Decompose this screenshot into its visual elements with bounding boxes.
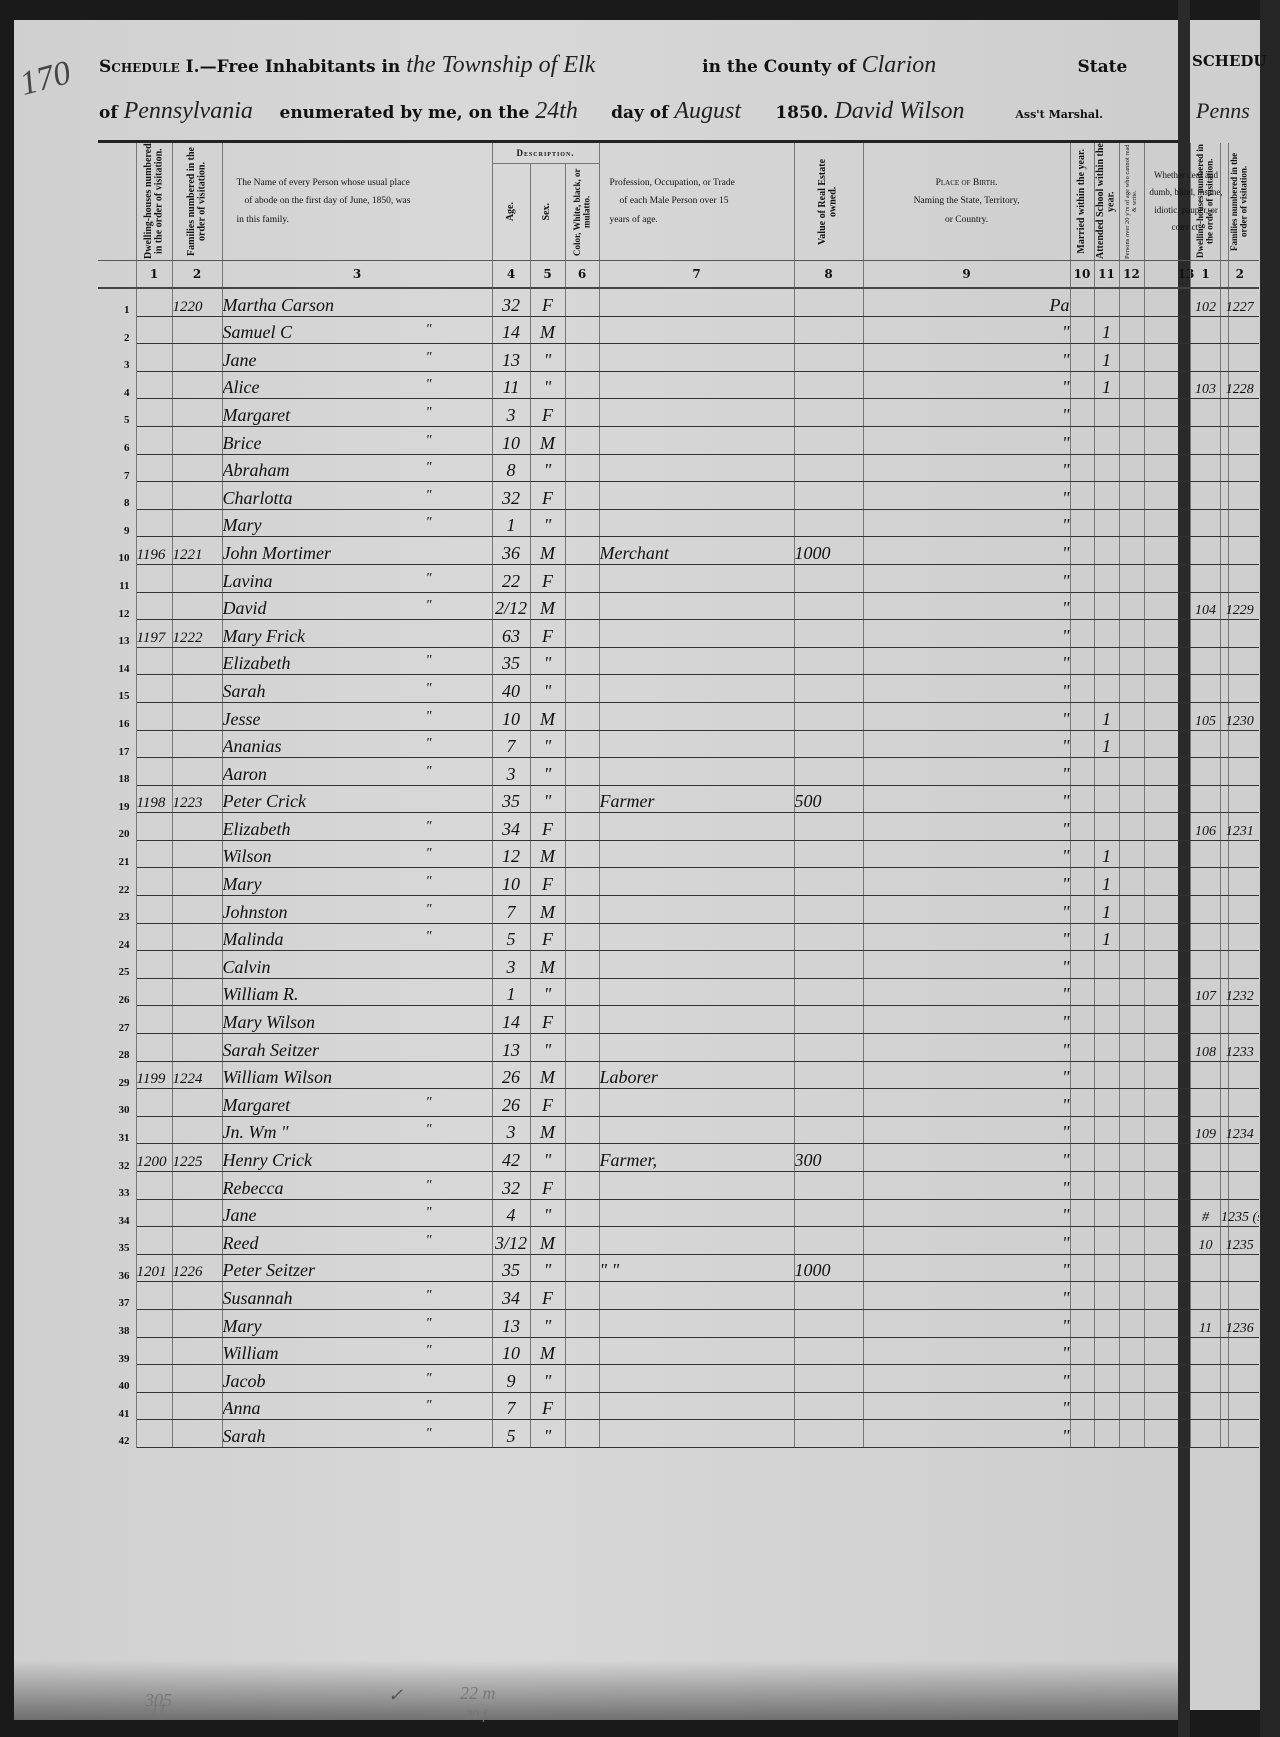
age-cell: 7 xyxy=(492,896,530,924)
married-within-year-cell xyxy=(1070,426,1094,454)
adjacent-dwelling-cell xyxy=(1191,1392,1221,1420)
occupation-cell xyxy=(599,647,794,675)
sex-cell: " xyxy=(530,1254,565,1282)
sex-cell: F xyxy=(530,482,565,510)
adjacent-dwelling-cell xyxy=(1191,896,1221,924)
real-estate-value-cell: 500 xyxy=(794,785,863,813)
family-number-cell xyxy=(172,1089,222,1117)
family-number-cell xyxy=(172,426,222,454)
header-line-2: of Pennsylvania enumerated by me, on the… xyxy=(99,98,1103,125)
adjacent-family-cell xyxy=(1221,482,1259,510)
cannot-read-write-cell xyxy=(1119,896,1144,924)
color-cell xyxy=(565,813,599,841)
person-name-cell: Margaret" xyxy=(222,399,492,427)
dwelling-number-cell xyxy=(136,509,172,537)
attended-school-cell: 1 xyxy=(1094,896,1119,924)
occupation-cell xyxy=(599,620,794,648)
person-name: Mary xyxy=(223,874,262,894)
sex-cell: F xyxy=(530,564,565,592)
adjacent-row xyxy=(1191,1061,1259,1089)
adjacent-row xyxy=(1191,454,1259,482)
family-number-cell xyxy=(172,1392,222,1420)
surname-ditto-mark: " xyxy=(426,681,432,697)
person-name-cell: Elizabeth" xyxy=(222,647,492,675)
adjacent-dwelling-cell: 106 xyxy=(1191,813,1221,841)
surname-ditto-mark: " xyxy=(426,846,432,862)
real-estate-value-cell xyxy=(794,647,863,675)
occupation-cell xyxy=(599,1282,794,1310)
color-cell xyxy=(565,426,599,454)
person-name: Elizabeth xyxy=(223,653,291,673)
attended-school-cell xyxy=(1094,1144,1119,1172)
color-cell xyxy=(565,1392,599,1420)
attended-school-cell: 1 xyxy=(1094,371,1119,399)
birthplace-cell: " xyxy=(863,785,1070,813)
surname-ditto-mark: " xyxy=(426,874,432,890)
married-within-year-cell xyxy=(1070,1227,1094,1255)
real-estate-value-cell xyxy=(794,730,863,758)
adjacent-family-cell: 1236 xyxy=(1221,1309,1259,1337)
adjacent-row xyxy=(1191,1365,1259,1393)
person-name-cell: Susannah" xyxy=(222,1282,492,1310)
person-name-cell: Mary" xyxy=(222,509,492,537)
age-cell: 14 xyxy=(492,1006,530,1034)
cannot-read-write-cell xyxy=(1119,426,1144,454)
family-number-cell xyxy=(172,592,222,620)
real-estate-value-cell xyxy=(794,344,863,372)
age-cell: 63 xyxy=(492,620,530,648)
occupation-cell: Merchant xyxy=(599,537,794,565)
married-within-year-cell xyxy=(1070,371,1094,399)
sex-cell: " xyxy=(530,344,565,372)
married-within-year-cell xyxy=(1070,1392,1094,1420)
adjacent-dwelling-cell xyxy=(1191,537,1221,565)
dwelling-number-cell xyxy=(136,344,172,372)
dwelling-number-cell xyxy=(136,1309,172,1337)
person-name-cell: Elizabeth" xyxy=(222,813,492,841)
married-within-year-cell xyxy=(1070,537,1094,565)
adjacent-row xyxy=(1191,1144,1259,1172)
col-num-4: 4 xyxy=(492,261,530,289)
married-within-year-cell xyxy=(1070,1034,1094,1062)
birthplace-cell: " xyxy=(863,537,1070,565)
age-cell: 22 xyxy=(492,564,530,592)
surname-ditto-mark: " xyxy=(426,902,432,918)
adjacent-dwelling-cell xyxy=(1191,758,1221,786)
attended-school-cell xyxy=(1094,1034,1119,1062)
surname-ditto-mark: " xyxy=(426,405,432,421)
census-row: 1911981223Peter Crick35"Farmer500" xyxy=(98,785,1228,813)
adjacent-row xyxy=(1191,1392,1259,1420)
adjacent-row xyxy=(1191,675,1259,703)
family-number-cell xyxy=(172,344,222,372)
dwelling-number-cell xyxy=(136,978,172,1006)
married-within-year-cell xyxy=(1070,1172,1094,1200)
married-within-year-cell xyxy=(1070,647,1094,675)
real-estate-value-cell xyxy=(794,1172,863,1200)
attended-school-cell xyxy=(1094,1199,1119,1227)
family-number-cell xyxy=(172,1116,222,1144)
sex-cell: F xyxy=(530,288,565,316)
real-estate-value-cell xyxy=(794,509,863,537)
attended-school-cell: 1 xyxy=(1094,344,1119,372)
adjacent-dwelling-cell: 108 xyxy=(1191,1034,1221,1062)
color-cell xyxy=(565,1061,599,1089)
family-number-cell xyxy=(172,951,222,979)
age-cell: 10 xyxy=(492,426,530,454)
family-number-cell: 1224 xyxy=(172,1061,222,1089)
person-name-cell: Martha Carson xyxy=(222,288,492,316)
adjacent-row xyxy=(1191,758,1259,786)
family-number-cell xyxy=(172,896,222,924)
person-name-cell: Jane" xyxy=(222,1199,492,1227)
person-name: Mary xyxy=(223,1316,262,1336)
occupation-cell xyxy=(599,1199,794,1227)
age-cell: 1 xyxy=(492,509,530,537)
adjacent-family-cell: 1227 xyxy=(1221,288,1259,316)
col-num-10: 10 xyxy=(1070,261,1094,289)
family-number-cell xyxy=(172,564,222,592)
dwelling-number-cell: 1198 xyxy=(136,785,172,813)
cannot-read-write-cell xyxy=(1119,592,1144,620)
color-cell xyxy=(565,564,599,592)
sex-cell: F xyxy=(530,1172,565,1200)
adjacent-row xyxy=(1191,730,1259,758)
page-shadow xyxy=(14,1660,1182,1720)
surname-ditto-mark: " xyxy=(426,433,432,449)
attended-school-cell xyxy=(1094,758,1119,786)
adjacent-row xyxy=(1191,316,1259,344)
married-within-year-cell xyxy=(1070,923,1094,951)
birthplace-cell: " xyxy=(863,454,1070,482)
col-num-3: 3 xyxy=(222,261,492,289)
adjacent-rows: 1021227103122810412291051230106123110712… xyxy=(1191,288,1259,1447)
person-name-cell: Henry Crick xyxy=(222,1144,492,1172)
adjacent-dwelling-cell xyxy=(1191,868,1221,896)
adjacent-dwelling-cell xyxy=(1191,1337,1221,1365)
attended-school-cell xyxy=(1094,537,1119,565)
age-cell: 3 xyxy=(492,1116,530,1144)
occupation-cell xyxy=(599,1089,794,1117)
adjacent-dwelling-cell xyxy=(1191,647,1221,675)
adjacent-row: 1061231 xyxy=(1191,813,1259,841)
adjacent-family-cell: 1228 xyxy=(1221,371,1259,399)
person-name: Mary Frick xyxy=(223,626,305,646)
col-num-12: 12 xyxy=(1119,261,1144,289)
color-cell xyxy=(565,730,599,758)
line-number: 6 xyxy=(98,426,136,454)
sex-cell: M xyxy=(530,426,565,454)
real-estate-value-cell xyxy=(794,1365,863,1393)
census-row: 22Mary"10F"1 xyxy=(98,868,1228,896)
attended-school-cell xyxy=(1094,951,1119,979)
married-within-year-cell xyxy=(1070,620,1094,648)
census-row: 40Jacob"9"" xyxy=(98,1365,1228,1393)
sex-cell: F xyxy=(530,1089,565,1117)
line-number: 16 xyxy=(98,702,136,730)
family-number-cell xyxy=(172,1172,222,1200)
real-estate-value-cell xyxy=(794,592,863,620)
surname-ditto-mark: " xyxy=(426,1288,432,1304)
adjacent-family-cell: 1235 (struck) xyxy=(1221,1199,1259,1227)
dwelling-number-cell xyxy=(136,923,172,951)
sex-cell: " xyxy=(530,1365,565,1393)
col-header-8: Value of Real Estate owned. xyxy=(794,143,863,261)
married-within-year-cell xyxy=(1070,840,1094,868)
person-name: Mary xyxy=(223,515,262,535)
adjacent-dwelling-cell xyxy=(1191,454,1221,482)
census-row: 33Rebecca"32F" xyxy=(98,1172,1228,1200)
married-within-year-cell xyxy=(1070,702,1094,730)
col-header-4: Age. xyxy=(492,164,530,261)
person-name: Lavina xyxy=(223,571,273,591)
line-number: 32 xyxy=(98,1144,136,1172)
birthplace-cell: " xyxy=(863,702,1070,730)
birthplace-cell: " xyxy=(863,482,1070,510)
line-number: 42 xyxy=(98,1420,136,1448)
family-number-cell xyxy=(172,813,222,841)
real-estate-value-cell: 300 xyxy=(794,1144,863,1172)
surname-ditto-mark: " xyxy=(426,488,432,504)
dwelling-number-cell xyxy=(136,564,172,592)
col-header-7: Profession, Occupation, or Tradeof each … xyxy=(599,143,794,261)
color-cell xyxy=(565,785,599,813)
adjacent-col-num-1: 1 xyxy=(1191,261,1221,289)
dwelling-number-cell: 1197 xyxy=(136,620,172,648)
real-estate-value-cell xyxy=(794,1282,863,1310)
adjacent-family-cell xyxy=(1221,1392,1259,1420)
color-cell xyxy=(565,896,599,924)
person-name-cell: Anna" xyxy=(222,1392,492,1420)
line-number: 37 xyxy=(98,1282,136,1310)
state-handwritten: Pennsylvania xyxy=(124,98,274,125)
dwelling-number-cell xyxy=(136,1006,172,1034)
adjacent-family-cell xyxy=(1221,509,1259,537)
adjacent-row xyxy=(1191,399,1259,427)
age-cell: 3/12 xyxy=(492,1227,530,1255)
person-name-cell: Mary" xyxy=(222,1309,492,1337)
person-name: Sarah xyxy=(223,1426,266,1446)
person-name: Charlotta xyxy=(223,488,293,508)
attended-school-cell xyxy=(1094,426,1119,454)
real-estate-value-cell xyxy=(794,1116,863,1144)
cannot-read-write-cell xyxy=(1119,399,1144,427)
line-number: 30 xyxy=(98,1089,136,1117)
age-cell: 8 xyxy=(492,454,530,482)
occupation-cell xyxy=(599,923,794,951)
surname-ditto-mark: " xyxy=(426,598,432,614)
real-estate-value-cell xyxy=(794,1006,863,1034)
occupation-cell xyxy=(599,1309,794,1337)
census-row: 14Elizabeth"35"" xyxy=(98,647,1228,675)
birthplace-cell: " xyxy=(863,923,1070,951)
married-within-year-cell xyxy=(1070,564,1094,592)
color-cell xyxy=(565,675,599,703)
family-number-cell xyxy=(172,1199,222,1227)
adjacent-dwelling-cell xyxy=(1191,316,1221,344)
sex-cell: F xyxy=(530,923,565,951)
person-name: Alice xyxy=(223,377,260,397)
age-cell: 1 xyxy=(492,978,530,1006)
adjacent-family-cell xyxy=(1221,730,1259,758)
family-number-cell: 1221 xyxy=(172,537,222,565)
cannot-read-write-cell xyxy=(1119,564,1144,592)
adjacent-row: 101235 xyxy=(1191,1227,1259,1255)
occupation-cell xyxy=(599,1420,794,1448)
surname-ditto-mark: " xyxy=(426,736,432,752)
county-label: in the County of xyxy=(702,57,856,77)
married-within-year-cell xyxy=(1070,482,1094,510)
census-row: 7Abraham"8"" xyxy=(98,454,1228,482)
adjacent-dwelling-cell: 107 xyxy=(1191,978,1221,1006)
scan-edge xyxy=(1260,0,1280,1737)
line-number: 17 xyxy=(98,730,136,758)
dwelling-number-cell xyxy=(136,316,172,344)
column-headers: Dwelling-houses numbered in the order of… xyxy=(98,143,1228,164)
color-cell xyxy=(565,399,599,427)
line-number: 13 xyxy=(98,620,136,648)
real-estate-value-cell xyxy=(794,426,863,454)
adjacent-family-cell xyxy=(1221,426,1259,454)
adjacent-family-cell xyxy=(1221,1089,1259,1117)
attended-school-cell xyxy=(1094,785,1119,813)
person-name-cell: Lavina" xyxy=(222,564,492,592)
state-label: State xyxy=(1078,57,1128,77)
color-cell xyxy=(565,1337,599,1365)
adjacent-row xyxy=(1191,509,1259,537)
sex-cell: " xyxy=(530,509,565,537)
age-cell: 5 xyxy=(492,1420,530,1448)
dwelling-number-cell xyxy=(136,592,172,620)
adjacent-row xyxy=(1191,564,1259,592)
person-name-cell: David" xyxy=(222,592,492,620)
color-cell xyxy=(565,1199,599,1227)
census-row: 35Reed"3/12M" xyxy=(98,1227,1228,1255)
adjacent-dwelling-cell xyxy=(1191,1282,1221,1310)
age-cell: 12 xyxy=(492,840,530,868)
birthplace-cell: " xyxy=(863,371,1070,399)
person-name-cell: John Mortimer xyxy=(222,537,492,565)
occupation-cell xyxy=(599,288,794,316)
person-name: Sarah xyxy=(223,681,266,701)
census-row: 34Jane"4"" xyxy=(98,1199,1228,1227)
family-number-cell xyxy=(172,482,222,510)
dwelling-number-cell xyxy=(136,482,172,510)
family-number-cell xyxy=(172,399,222,427)
family-number-cell xyxy=(172,454,222,482)
line-number: 28 xyxy=(98,1034,136,1062)
married-within-year-cell xyxy=(1070,1337,1094,1365)
attended-school-cell: 1 xyxy=(1094,316,1119,344)
line-number: 26 xyxy=(98,978,136,1006)
color-cell xyxy=(565,1089,599,1117)
adjacent-dwelling-cell xyxy=(1191,1254,1221,1282)
col-header-10: Married within the year. xyxy=(1070,143,1094,261)
line-number: 36 xyxy=(98,1254,136,1282)
person-name: Mary Wilson xyxy=(223,1012,316,1032)
line-number: 3 xyxy=(98,344,136,372)
family-number-cell xyxy=(172,840,222,868)
dwelling-number-cell xyxy=(136,1337,172,1365)
real-estate-value-cell xyxy=(794,1309,863,1337)
birthplace-cell: " xyxy=(863,399,1070,427)
census-row: 5Margaret"3F" xyxy=(98,399,1228,427)
line-number: 34 xyxy=(98,1199,136,1227)
age-cell: 7 xyxy=(492,1392,530,1420)
birthplace-cell: " xyxy=(863,1254,1070,1282)
sex-cell: " xyxy=(530,1199,565,1227)
married-within-year-cell xyxy=(1070,592,1094,620)
surname-ditto-mark: " xyxy=(426,1343,432,1359)
dwelling-number-cell xyxy=(136,896,172,924)
married-within-year-cell xyxy=(1070,978,1094,1006)
family-number-cell xyxy=(172,316,222,344)
attended-school-cell xyxy=(1094,1420,1119,1448)
real-estate-value-cell xyxy=(794,1089,863,1117)
person-name-cell: Mary Wilson xyxy=(222,1006,492,1034)
census-row: 24Malinda"5F"1 xyxy=(98,923,1228,951)
attended-school-cell xyxy=(1094,482,1119,510)
attended-school-cell xyxy=(1094,620,1119,648)
person-name-cell: Sarah Seitzer xyxy=(222,1034,492,1062)
birthplace-cell: " xyxy=(863,868,1070,896)
census-row: 37Susannah"34F" xyxy=(98,1282,1228,1310)
adjacent-row: 1031228 xyxy=(1191,371,1259,399)
surname-ditto-mark: " xyxy=(426,709,432,725)
married-within-year-cell xyxy=(1070,868,1094,896)
person-name: Samuel C xyxy=(223,322,293,342)
occupation-cell xyxy=(599,482,794,510)
birthplace-cell: " xyxy=(863,509,1070,537)
line-number: 41 xyxy=(98,1392,136,1420)
person-name: Sarah Seitzer xyxy=(223,1040,320,1060)
cannot-read-write-cell xyxy=(1119,1392,1144,1420)
occupation-cell xyxy=(599,951,794,979)
line-number: 8 xyxy=(98,482,136,510)
age-cell: 40 xyxy=(492,675,530,703)
adjacent-dwelling-cell xyxy=(1191,840,1221,868)
person-name-cell: Rebecca" xyxy=(222,1172,492,1200)
married-within-year-cell xyxy=(1070,1144,1094,1172)
adjacent-page-state: Penns xyxy=(1196,98,1250,124)
col-num-6: 6 xyxy=(565,261,599,289)
sex-cell: " xyxy=(530,730,565,758)
attended-school-cell xyxy=(1094,509,1119,537)
attended-school-cell xyxy=(1094,1172,1119,1200)
col-header-2: Families numbered in the order of visita… xyxy=(172,143,222,261)
adjacent-family-cell xyxy=(1221,399,1259,427)
family-number-cell: 1223 xyxy=(172,785,222,813)
line-number: 40 xyxy=(98,1365,136,1393)
column-number-row: 1 2 3 4 5 6 7 8 9 10 11 12 13 xyxy=(98,261,1228,289)
adjacent-dwelling-cell xyxy=(1191,482,1221,510)
age-cell: 34 xyxy=(492,813,530,841)
family-number-cell xyxy=(172,702,222,730)
married-within-year-cell xyxy=(1070,1006,1094,1034)
occupation-cell xyxy=(599,813,794,841)
line-number: 11 xyxy=(98,564,136,592)
surname-ditto-mark: " xyxy=(426,1178,432,1194)
sex-cell: M xyxy=(530,896,565,924)
person-name-cell: Wilson" xyxy=(222,840,492,868)
line-number: 24 xyxy=(98,923,136,951)
age-cell: 13 xyxy=(492,344,530,372)
surname-ditto-mark: " xyxy=(426,350,432,366)
dwelling-number-cell xyxy=(136,813,172,841)
age-cell: 2/12 xyxy=(492,592,530,620)
person-name-cell: Peter Crick xyxy=(222,785,492,813)
family-number-cell xyxy=(172,1006,222,1034)
